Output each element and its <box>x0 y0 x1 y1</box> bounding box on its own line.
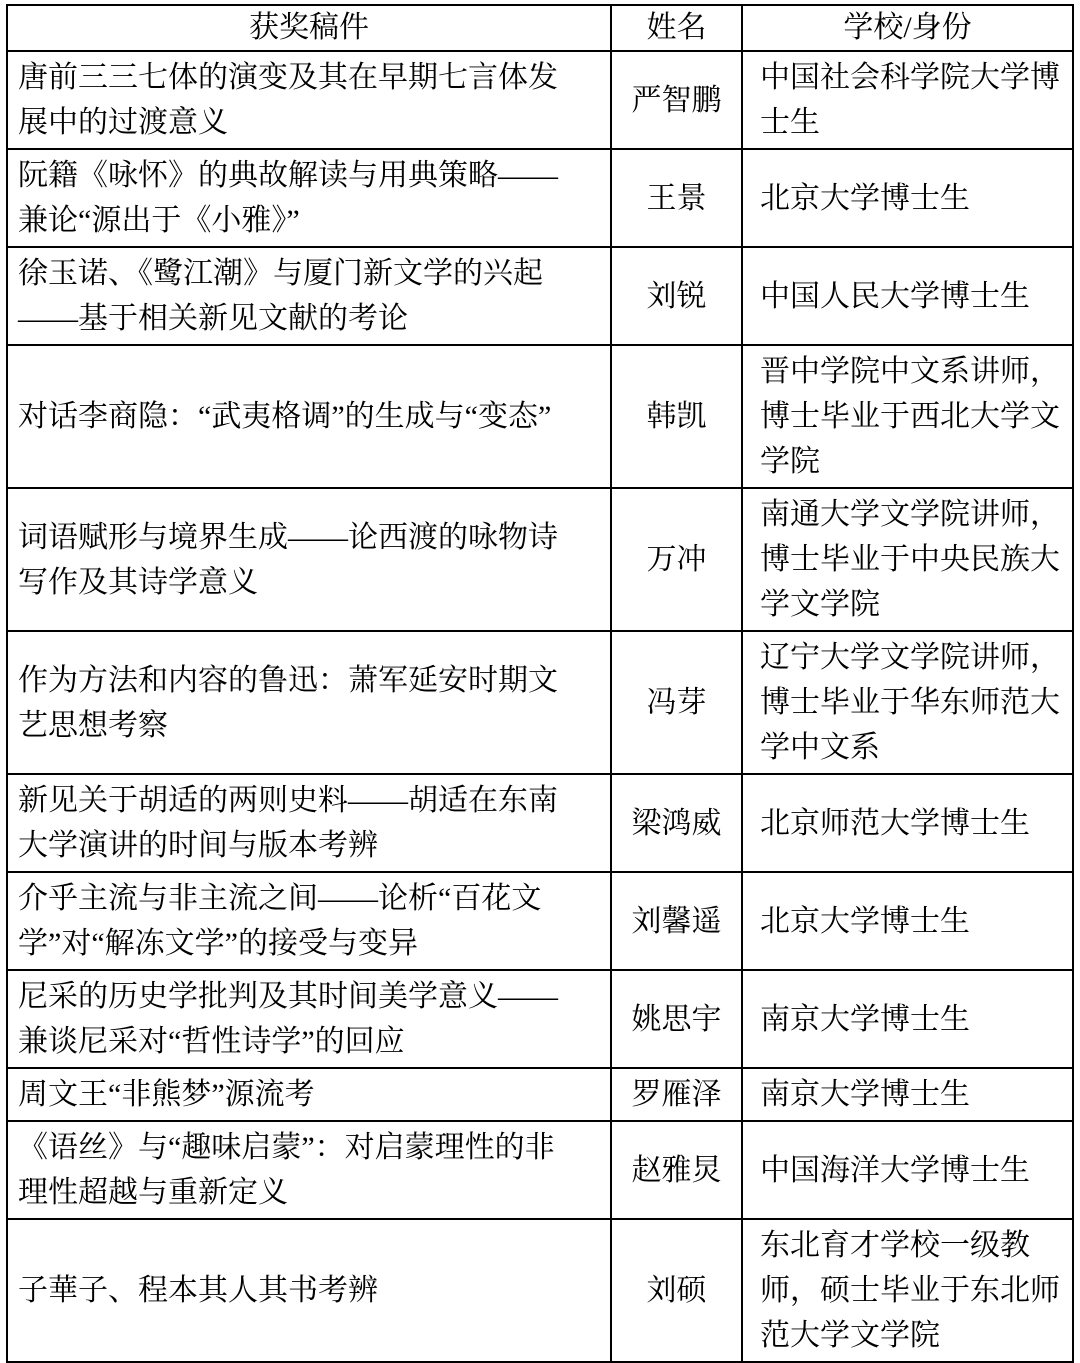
name-cell: 梁鸿威 <box>611 774 742 872</box>
header-row: 获奖稿件 姓名 学校/身份 <box>7 5 1073 51</box>
affiliation-cell: 辽宁大学文学院讲师，博士毕业于华东师范大学中文系 <box>742 631 1073 774</box>
name-cell: 刘馨遥 <box>611 872 742 970</box>
title-cell: 作为方法和内容的鲁迅：萧军延安时期文艺思想考察 <box>7 631 611 774</box>
affiliation-cell: 中国社会科学院大学博士生 <box>742 51 1073 149</box>
title-cell: 子華子、程本其人其书考辨 <box>7 1219 611 1362</box>
table-row: 介乎主流与非主流之间——论析“百花文学”对“解冻文学”的接受与变异 刘馨遥 北京… <box>7 872 1073 970</box>
name-cell: 严智鹏 <box>611 51 742 149</box>
affiliation-cell: 中国海洋大学博士生 <box>742 1121 1073 1219</box>
table-row: 作为方法和内容的鲁迅：萧军延安时期文艺思想考察 冯芽 辽宁大学文学院讲师，博士毕… <box>7 631 1073 774</box>
document-page: 获奖稿件 姓名 学校/身份 唐前三三七体的演变及其在早期七言体发展中的过渡意义 … <box>0 0 1080 1338</box>
table-row: 徐玉诺、《鹭江潮》与厦门新文学的兴起——基于相关新见文献的考论 刘锐 中国人民大… <box>7 247 1073 345</box>
name-cell: 万冲 <box>611 488 742 631</box>
name-cell: 刘锐 <box>611 247 742 345</box>
affiliation-cell: 中国人民大学博士生 <box>742 247 1073 345</box>
name-cell: 王景 <box>611 149 742 247</box>
title-cell: 词语赋形与境界生成——论西渡的咏物诗写作及其诗学意义 <box>7 488 611 631</box>
title-cell: 周文王“非熊梦”源流考 <box>7 1068 611 1121</box>
affiliation-cell: 东北育才学校一级教师，硕士毕业于东北师范大学文学院 <box>742 1219 1073 1362</box>
table-row: 尼采的历史学批判及其时间美学意义——兼谈尼采对“哲性诗学”的回应 姚思宇 南京大… <box>7 970 1073 1068</box>
table-row: 子華子、程本其人其书考辨 刘硕 东北育才学校一级教师，硕士毕业于东北师范大学文学… <box>7 1219 1073 1362</box>
table-row: 词语赋形与境界生成——论西渡的咏物诗写作及其诗学意义 万冲 南通大学文学院讲师，… <box>7 488 1073 631</box>
awards-table: 获奖稿件 姓名 学校/身份 唐前三三七体的演变及其在早期七言体发展中的过渡意义 … <box>6 4 1074 1363</box>
table-row: 《语丝》与“趣味启蒙”：对启蒙理性的非理性超越与重新定义 赵雅炅 中国海洋大学博… <box>7 1121 1073 1219</box>
title-cell: 介乎主流与非主流之间——论析“百花文学”对“解冻文学”的接受与变异 <box>7 872 611 970</box>
affiliation-cell: 北京师范大学博士生 <box>742 774 1073 872</box>
name-cell: 冯芽 <box>611 631 742 774</box>
affiliation-cell: 晋中学院中文系讲师，博士毕业于西北大学文学院 <box>742 345 1073 488</box>
header-name: 姓名 <box>611 5 742 51</box>
header-title: 获奖稿件 <box>7 5 611 51</box>
name-cell: 韩凯 <box>611 345 742 488</box>
title-cell: 阮籍《咏怀》的典故解读与用典策略——兼论“源出于《小雅》” <box>7 149 611 247</box>
header-affiliation: 学校/身份 <box>742 5 1073 51</box>
table-row: 新见关于胡适的两则史料——胡适在东南大学演讲的时间与版本考辨 梁鸿威 北京师范大… <box>7 774 1073 872</box>
table-row: 周文王“非熊梦”源流考 罗雁泽 南京大学博士生 <box>7 1068 1073 1121</box>
name-cell: 刘硕 <box>611 1219 742 1362</box>
affiliation-cell: 南京大学博士生 <box>742 970 1073 1068</box>
title-cell: 对话李商隐：“武夷格调”的生成与“变态” <box>7 345 611 488</box>
affiliation-cell: 北京大学博士生 <box>742 149 1073 247</box>
name-cell: 罗雁泽 <box>611 1068 742 1121</box>
name-cell: 赵雅炅 <box>611 1121 742 1219</box>
affiliation-cell: 北京大学博士生 <box>742 872 1073 970</box>
affiliation-cell: 南通大学文学院讲师，博士毕业于中央民族大学文学院 <box>742 488 1073 631</box>
name-cell: 姚思宇 <box>611 970 742 1068</box>
affiliation-cell: 南京大学博士生 <box>742 1068 1073 1121</box>
table-row: 阮籍《咏怀》的典故解读与用典策略——兼论“源出于《小雅》” 王景 北京大学博士生 <box>7 149 1073 247</box>
title-cell: 新见关于胡适的两则史料——胡适在东南大学演讲的时间与版本考辨 <box>7 774 611 872</box>
title-cell: 《语丝》与“趣味启蒙”：对启蒙理性的非理性超越与重新定义 <box>7 1121 611 1219</box>
title-cell: 唐前三三七体的演变及其在早期七言体发展中的过渡意义 <box>7 51 611 149</box>
table-row: 对话李商隐：“武夷格调”的生成与“变态” 韩凯 晋中学院中文系讲师，博士毕业于西… <box>7 345 1073 488</box>
title-cell: 尼采的历史学批判及其时间美学意义——兼谈尼采对“哲性诗学”的回应 <box>7 970 611 1068</box>
title-cell: 徐玉诺、《鹭江潮》与厦门新文学的兴起——基于相关新见文献的考论 <box>7 247 611 345</box>
table-row: 唐前三三七体的演变及其在早期七言体发展中的过渡意义 严智鹏 中国社会科学院大学博… <box>7 51 1073 149</box>
